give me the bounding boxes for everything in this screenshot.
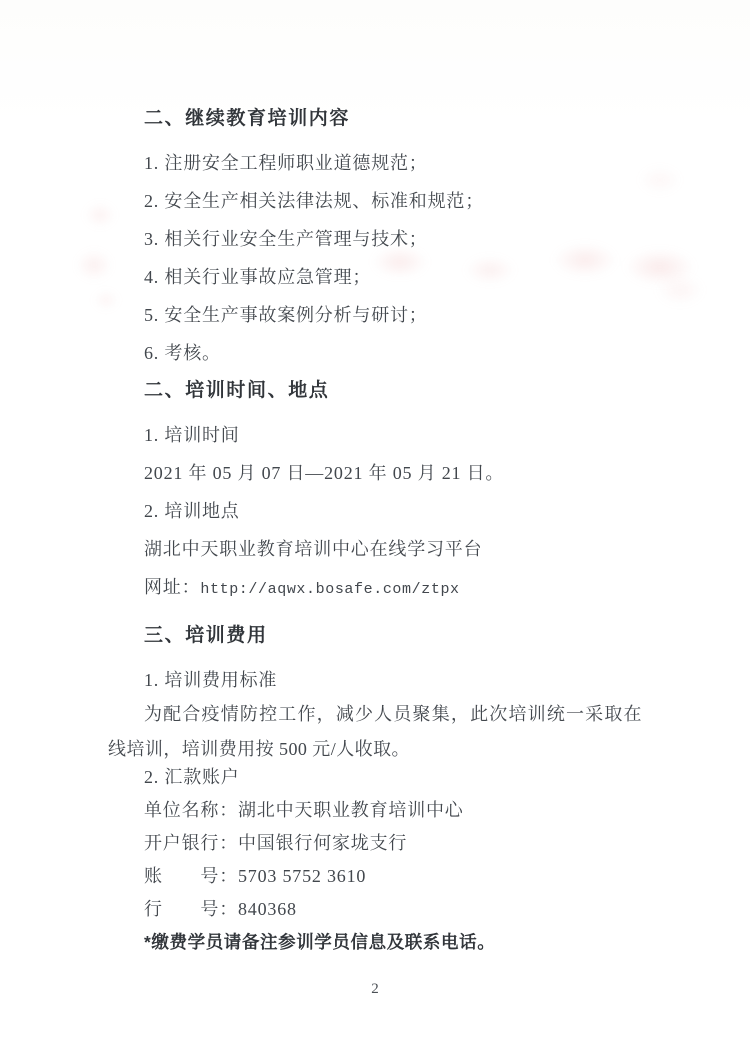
payment-note: *缴费学员请备注参训学员信息及联系电话。 xyxy=(108,926,650,959)
doc-content: 二、继续教育培训内容1. 注册安全工程师职业道德规范；2. 安全生产相关法律法规… xyxy=(0,0,750,959)
list-item-3: 3. 相关行业安全生产管理与技术； xyxy=(108,220,650,258)
subitem-training-time: 1. 培训时间 xyxy=(108,416,650,454)
list-item-4: 4. 相关行业事故应急管理； xyxy=(108,258,650,296)
bank-code-line: 行 号：840368 xyxy=(108,893,650,926)
account-number-line: 账 号：5703 5752 3610 xyxy=(108,860,650,893)
subitem-fee-standard: 1. 培训费用标准 xyxy=(108,661,650,699)
training-platform: 湖北中天职业教育培训中心在线学习平台 xyxy=(108,530,650,568)
list-item-2: 2. 安全生产相关法律法规、标准和规范； xyxy=(108,182,650,220)
heading-training-content: 二、继续教育培训内容 xyxy=(108,100,650,138)
heading-training-fee: 三、培训费用 xyxy=(108,617,650,655)
list-item-5: 5. 安全生产事故案例分析与研讨； xyxy=(108,296,650,334)
subitem-training-place: 2. 培训地点 xyxy=(108,492,650,530)
bank-name-line: 开户银行：中国银行何家垅支行 xyxy=(108,827,650,860)
website-line: 网址：http://aqwx.bosafe.com/ztpx xyxy=(108,568,650,609)
fee-paragraph: 为配合疫情防控工作，减少人员聚集，此次培训统一采取在线培训，培训费用按 500 … xyxy=(108,697,642,767)
unit-name-line: 单位名称：湖北中天职业教育培训中心 xyxy=(108,794,650,827)
url-label: 网址： xyxy=(144,577,200,597)
page-number: 2 xyxy=(0,981,750,998)
heading-time-place: 二、培训时间、地点 xyxy=(108,372,650,410)
training-date-range: 2021 年 05 月 07 日—2021 年 05 月 21 日。 xyxy=(108,454,650,492)
scanned-document-page: 二、继续教育培训内容1. 注册安全工程师职业道德规范；2. 安全生产相关法律法规… xyxy=(0,0,750,1060)
list-item-6: 6. 考核。 xyxy=(108,334,650,372)
url-value: http://aqwx.bosafe.com/ztpx xyxy=(200,581,459,598)
list-item-1: 1. 注册安全工程师职业道德规范； xyxy=(108,144,650,182)
